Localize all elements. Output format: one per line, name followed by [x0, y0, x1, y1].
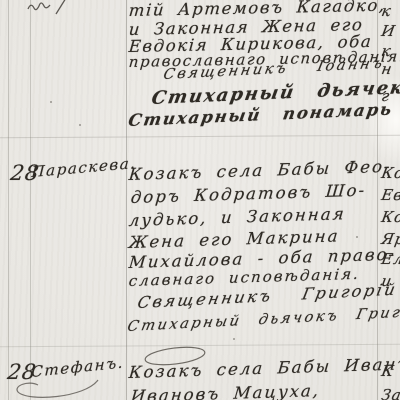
margin-fragment: К	[380, 362, 396, 380]
row-rule-horizontal	[0, 135, 400, 138]
paper-speck	[50, 101, 52, 103]
record-text-line: Ивановъ Мацуха,	[130, 381, 321, 400]
record-text-line: доръ Кодратовъ Шо-	[130, 181, 367, 207]
paper-speck	[79, 124, 81, 126]
margin-fragment: Ев	[380, 186, 400, 204]
column-rule-vertical	[30, 0, 31, 400]
paper-speck	[356, 236, 358, 238]
ink-fragment	[26, 0, 70, 15]
record-text-line: Козакъ села Бабы Фео-	[128, 157, 393, 184]
margin-fragment: Ко	[380, 208, 400, 226]
margin-fragment: Ел	[380, 250, 400, 268]
column-rule-vertical	[8, 0, 9, 400]
flourish	[10, 376, 110, 400]
margin-fragment: И	[380, 22, 397, 40]
scanned-register-page: тій Артемовъ Кагадко, и Законная Жена ег…	[0, 0, 400, 400]
entry-name: Параскева.	[31, 154, 137, 181]
column-rule-vertical	[126, 0, 127, 400]
record-text-line: лудько, и Законная	[128, 204, 347, 230]
margin-fragment: Яр	[380, 230, 400, 248]
margin-fragment: н	[380, 60, 394, 78]
margin-fragment: За	[380, 386, 400, 400]
paper-speck	[233, 338, 235, 340]
margin-fragment: к	[380, 2, 393, 20]
margin-fragment: Ко	[380, 164, 400, 182]
